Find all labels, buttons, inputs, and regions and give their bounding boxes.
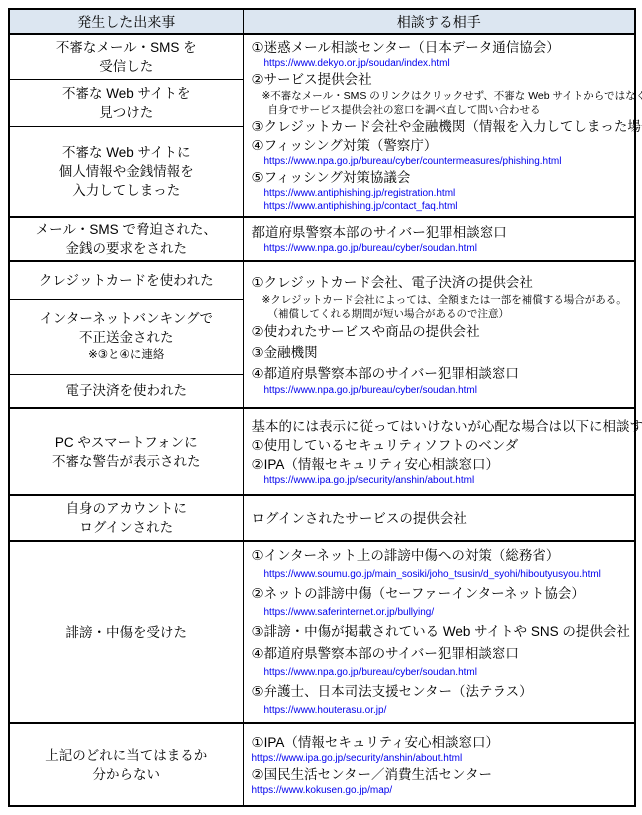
event-line: 不審な Web サイトに <box>12 143 241 162</box>
event-line: 受信した <box>12 57 241 76</box>
consult-cell: ①迷惑メール相談センター（日本データ通信協会） https://www.deky… <box>243 34 635 217</box>
table-row: 上記のどれに当てはまるか 分からない ①IPA（情報セキュリティ安心相談窓口） … <box>9 723 635 806</box>
consult-item: ①使用しているセキュリティソフトのベンダ <box>252 436 627 455</box>
event-cell: 誹謗・中傷を受けた <box>9 541 243 723</box>
consultation-table: 発生した出来事 相談する相手 不審なメール・SMS を 受信した ①迷惑メール相… <box>8 8 636 807</box>
event-cell: 不審な Web サイトに 個人情報や金銭情報を 入力してしまった <box>9 127 243 217</box>
consult-item: ③金融機関 <box>252 342 627 363</box>
table-row: クレジットカードを使われた ①クレジットカード会社、電子決済の提供会社 ※クレジ… <box>9 261 635 299</box>
event-cell: 不審な Web サイトを 見つけた <box>9 79 243 126</box>
event-line: 入力してしまった <box>12 181 241 200</box>
event-cell: 不審なメール・SMS を 受信した <box>9 34 243 79</box>
event-line: インターネットバンキングで <box>12 309 241 328</box>
consult-url: https://www.saferinternet.or.jp/bullying… <box>252 605 627 621</box>
consult-item: ①クレジットカード会社、電子決済の提供会社 <box>252 272 627 293</box>
column-header-contact: 相談する相手 <box>243 9 635 34</box>
consult-url: https://www.npa.go.jp/bureau/cyber/souda… <box>252 242 627 255</box>
consult-cell: 基本的には表示に従ってはいけないが心配な場合は以下に相談する。 ①使用しているセ… <box>243 408 635 495</box>
consult-item: ④都道府県警察本部のサイバー犯罪相談窓口 <box>252 363 627 384</box>
consult-item: ②IPA（情報セキュリティ安心相談窓口） <box>252 455 627 474</box>
consult-item: ③誹謗・中傷が掲載されている Web サイトや SNS の提供会社 <box>252 621 627 643</box>
consult-url: https://www.dekyo.or.jp/soudan/index.htm… <box>252 57 627 70</box>
event-line: 上記のどれに当てはまるか <box>12 746 241 765</box>
url-link[interactable]: https://www.houterasu.or.jp/ <box>264 705 387 716</box>
consult-url: https://www.kokusen.go.jp/map/ <box>252 784 627 797</box>
event-line: 不正送金された <box>12 328 241 347</box>
consult-url: https://www.antiphishing.jp/contact_faq.… <box>252 200 627 213</box>
url-link[interactable]: https://www.antiphishing.jp/contact_faq.… <box>264 201 458 212</box>
consult-item: ④都道府県警察本部のサイバー犯罪相談窓口 <box>252 643 627 665</box>
consult-cell: ①クレジットカード会社、電子決済の提供会社 ※クレジットカード会社によっては、全… <box>243 261 635 408</box>
url-link[interactable]: https://www.ipa.go.jp/security/anshin/ab… <box>264 475 475 486</box>
url-link[interactable]: https://www.ipa.go.jp/security/anshin/ab… <box>252 753 463 764</box>
consult-item: ⑤弁護士、日本司法支援センター（法テラス） <box>252 681 627 703</box>
url-link[interactable]: https://www.npa.go.jp/bureau/cyber/souda… <box>264 667 477 678</box>
consult-cell: 都道府県警察本部のサイバー犯罪相談窓口 https://www.npa.go.j… <box>243 217 635 261</box>
event-line: 不審な警告が表示された <box>12 452 241 471</box>
consult-cell: ①IPA（情報セキュリティ安心相談窓口） https://www.ipa.go.… <box>243 723 635 806</box>
consult-item: ①IPA（情報セキュリティ安心相談窓口） <box>252 733 627 752</box>
event-cell: PC やスマートフォンに 不審な警告が表示された <box>9 408 243 495</box>
consult-item: ①迷惑メール相談センター（日本データ通信協会） <box>252 38 627 57</box>
table-row: 自身のアカウントに ログインされた ログインされたサービスの提供会社 <box>9 495 635 541</box>
event-line: PC やスマートフォンに <box>12 433 241 452</box>
consult-item: ②国民生活センター／消費生活センター <box>252 765 627 784</box>
consult-item: ④フィッシング対策（警察庁） <box>252 136 627 155</box>
consult-url: https://www.ipa.go.jp/security/anshin/ab… <box>252 474 627 487</box>
event-line: 金銭の要求をされた <box>12 239 241 258</box>
event-cell: インターネットバンキングで 不正送金された ※③と④に連絡 <box>9 299 243 374</box>
consult-url: https://www.npa.go.jp/bureau/cyber/souda… <box>252 384 627 397</box>
note-text: ※不審なメール・SMS のリンクはクリックせず、不審な Web サイトからではな… <box>252 89 627 103</box>
consult-url: https://www.soumu.go.jp/main_sosiki/joho… <box>252 567 627 583</box>
url-link[interactable]: https://www.kokusen.go.jp/map/ <box>252 785 393 796</box>
table-row: 誹謗・中傷を受けた ①インターネット上の誹謗中傷への対策（総務省） https:… <box>9 541 635 723</box>
note-text: （補償してくれる期間が短い場合があるので注意） <box>252 307 627 321</box>
table-row: 不審なメール・SMS を 受信した ①迷惑メール相談センター（日本データ通信協会… <box>9 34 635 79</box>
event-line: 電子決済を使われた <box>12 381 241 400</box>
consult-url: https://www.npa.go.jp/bureau/cyber/souda… <box>252 665 627 681</box>
consult-url: https://www.npa.go.jp/bureau/cyber/count… <box>252 155 627 168</box>
consult-url: https://www.antiphishing.jp/registration… <box>252 187 627 200</box>
page: 発生した出来事 相談する相手 不審なメール・SMS を 受信した ①迷惑メール相… <box>0 0 642 815</box>
url-link[interactable]: https://www.npa.go.jp/bureau/cyber/souda… <box>264 243 477 254</box>
consult-url: https://www.ipa.go.jp/security/anshin/ab… <box>252 752 627 765</box>
consult-item: ①インターネット上の誹謗中傷への対策（総務省） <box>252 545 627 567</box>
event-cell: 自身のアカウントに ログインされた <box>9 495 243 541</box>
event-cell: 電子決済を使われた <box>9 374 243 408</box>
event-line: ログインされた <box>12 518 241 537</box>
event-line: 誹謗・中傷を受けた <box>12 623 241 642</box>
event-line: クレジットカードを使われた <box>12 271 241 290</box>
consult-cell: ①インターネット上の誹謗中傷への対策（総務省） https://www.soum… <box>243 541 635 723</box>
consult-cell: ログインされたサービスの提供会社 <box>243 495 635 541</box>
consult-item: ③クレジットカード会社や金融機関（情報を入力してしまった場合） <box>252 117 627 136</box>
url-link[interactable]: https://www.npa.go.jp/bureau/cyber/souda… <box>264 385 477 396</box>
event-line: 個人情報や金銭情報を <box>12 162 241 181</box>
url-link[interactable]: https://www.npa.go.jp/bureau/cyber/count… <box>264 156 562 167</box>
consult-text: ログインされたサービスの提供会社 <box>252 509 627 528</box>
table-row: PC やスマートフォンに 不審な警告が表示された 基本的には表示に従ってはいけな… <box>9 408 635 495</box>
consult-item: ②サービス提供会社 <box>252 70 627 89</box>
event-cell: クレジットカードを使われた <box>9 261 243 299</box>
url-link[interactable]: https://www.dekyo.or.jp/soudan/index.htm… <box>264 58 450 69</box>
consult-item: 都道府県警察本部のサイバー犯罪相談窓口 <box>252 223 627 242</box>
event-line: 自身のアカウントに <box>12 499 241 518</box>
event-line: 分からない <box>12 765 241 784</box>
event-note: ※③と④に連絡 <box>12 347 241 364</box>
event-cell: メール・SMS で脅迫された、 金銭の要求をされた <box>9 217 243 261</box>
header-row: 発生した出来事 相談する相手 <box>9 9 635 34</box>
event-line: 不審なメール・SMS を <box>12 38 241 57</box>
event-cell: 上記のどれに当てはまるか 分からない <box>9 723 243 806</box>
consult-text: 基本的には表示に従ってはいけないが心配な場合は以下に相談する。 <box>252 417 627 436</box>
note-text: ※クレジットカード会社によっては、全額または一部を補償する場合がある。 <box>252 293 627 307</box>
event-line: 不審な Web サイトを <box>12 84 241 103</box>
consult-item: ⑤フィッシング対策協議会 <box>252 168 627 187</box>
url-link[interactable]: https://www.soumu.go.jp/main_sosiki/joho… <box>264 569 601 580</box>
consult-url: https://www.houterasu.or.jp/ <box>252 703 627 719</box>
note-text: 自身でサービス提供会社の窓口を調べ直して問い合わせる <box>252 103 627 117</box>
url-link[interactable]: https://www.antiphishing.jp/registration… <box>264 188 456 199</box>
consult-item: ②使われたサービスや商品の提供会社 <box>252 321 627 342</box>
column-header-event: 発生した出来事 <box>9 9 243 34</box>
table-row: メール・SMS で脅迫された、 金銭の要求をされた 都道府県警察本部のサイバー犯… <box>9 217 635 261</box>
event-line: メール・SMS で脅迫された、 <box>12 220 241 239</box>
consult-item: ②ネットの誹謗中傷（セーファーインターネット協会） <box>252 583 627 605</box>
event-line: 見つけた <box>12 103 241 122</box>
url-link[interactable]: https://www.saferinternet.or.jp/bullying… <box>264 607 435 618</box>
